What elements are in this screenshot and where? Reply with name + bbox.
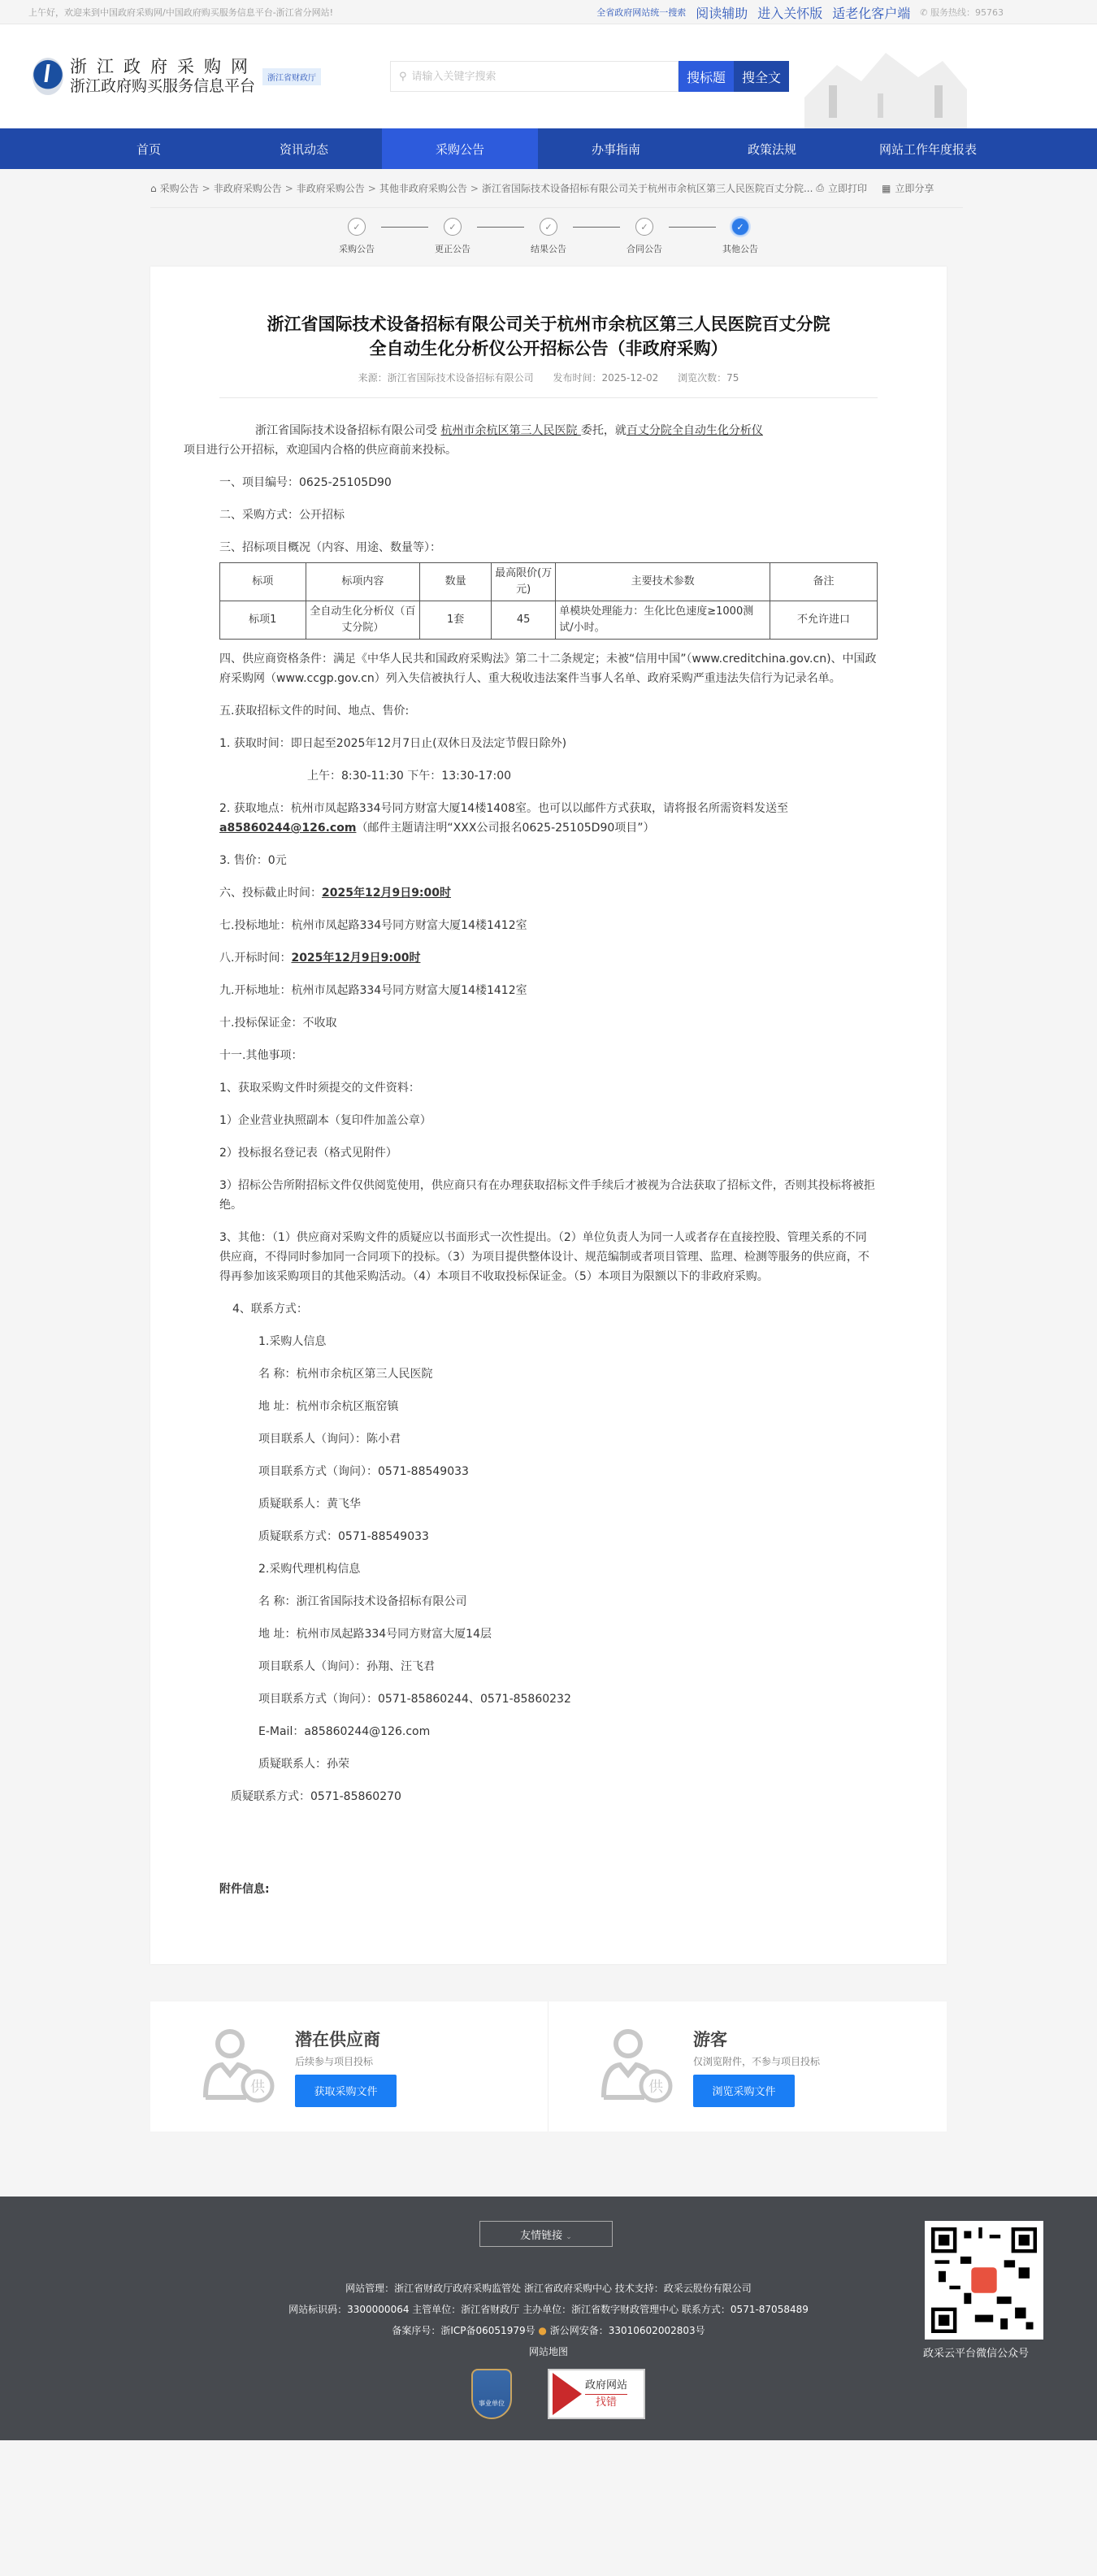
- nav-procurement-notices[interactable]: 采购公告: [382, 128, 538, 169]
- agency-contact: 2.采购代理机构信息 名 称：浙江省国际技术设备招标有限公司 地 址：杭州市凤起…: [219, 1559, 878, 1774]
- agency-email: E-Mail：a85860244@126.com: [258, 1722, 878, 1741]
- landscape-decoration-icon: [804, 49, 967, 128]
- step-label: 结果公告: [531, 242, 566, 255]
- step-label: 合同公告: [627, 242, 662, 255]
- breadcrumb-item[interactable]: 非政府采购公告: [297, 181, 365, 195]
- procurement-method: 二、采购方式：公开招标: [219, 505, 878, 525]
- search-bar: ⚲ 搜标题 搜全文: [390, 61, 789, 92]
- column-header: 数量: [420, 563, 492, 601]
- title-line-1: 浙江省国际技术设备招标有限公司关于杭州市余杭区第三人民医院百丈分院: [267, 314, 830, 334]
- bid-address: 七.投标地址：杭州市凤起路334号同方财富大厦14楼1412室: [219, 916, 878, 935]
- bid-opening-address: 九.开标地址：杭州市凤起路334号同方财富大厦14楼1412室: [219, 981, 878, 1000]
- role-panel: 供 潜在供应商 后续参与项目投标 获取采购文件 供 游客 仅浏览附件，不参与项目…: [150, 2001, 947, 2131]
- step-other-notice[interactable]: ✓其他公告: [716, 218, 765, 255]
- title-line-2: 全自动生化分析仪公开招标公告（非政府采购）: [370, 339, 728, 358]
- agency-address: 地 址：杭州市凤起路334号同方财富大厦14层: [258, 1624, 878, 1644]
- printer-icon: ⎙: [816, 182, 824, 194]
- purchaser-contact-phone: 项目联系方式（询问）：0571-88549033: [258, 1462, 878, 1481]
- table-cell: 45: [492, 601, 556, 640]
- reading-aid-link[interactable]: 阅读辅助: [696, 3, 748, 22]
- logo-title: 浙江政府采购网: [70, 57, 258, 76]
- logo-badge: 浙江省财政厅: [262, 68, 321, 85]
- text: 项目进行公开招标，欢迎国内合格的供应商前来投标。: [184, 440, 457, 460]
- nav-guide[interactable]: 办事指南: [538, 128, 694, 169]
- step-label: 采购公告: [339, 242, 375, 255]
- site-logo[interactable]: 浙江政府采购网 浙江政府购买服务信息平台 浙江省财政厅: [33, 57, 321, 96]
- print-button[interactable]: ⎙立即打印: [816, 181, 867, 195]
- logo-subtitle: 浙江政府购买服务信息平台: [70, 76, 258, 96]
- supplier-user-icon: 供: [197, 2026, 279, 2107]
- get-procurement-docs-button[interactable]: 获取采购文件: [295, 2075, 397, 2107]
- step-connector: [477, 227, 524, 228]
- column-header: 标项: [220, 563, 306, 601]
- agency-heading: 2.采购代理机构信息: [258, 1559, 878, 1579]
- search-input[interactable]: [412, 71, 656, 83]
- opening-time-value: 2025年12月9日9:00时: [291, 952, 420, 965]
- article-title: 浙江省国际技术设备招标有限公司关于杭州市余杭区第三人民医院百丈分院 全自动生化分…: [219, 312, 878, 361]
- role-visitor: 供 游客 仅浏览附件，不参与项目投标 浏览采购文件: [548, 2001, 947, 2131]
- public-institution-badge[interactable]: 事业单位: [471, 2369, 512, 2419]
- agency-contact-person: 项目联系人（询问）：孙翔、汪飞君: [258, 1657, 878, 1676]
- emblem-icon: [33, 58, 63, 95]
- required-docs: 1、获取采购文件时须提交的文件资料：: [219, 1078, 878, 1098]
- qr-label: 政采云平台微信公众号: [923, 2344, 1029, 2360]
- article-source: 来源：浙江省国际技术设备招标有限公司: [358, 372, 534, 384]
- email-link[interactable]: a85860244@126.com: [219, 822, 356, 835]
- check-icon: ✓: [348, 218, 366, 236]
- bid-docs-heading: 五.获取招标文件的时间、地点、售价:: [219, 701, 878, 721]
- article-views: 浏览次数：75: [678, 372, 739, 384]
- text: （邮件主题请注明“XXX公司报名0625-25105D90项目”）: [356, 822, 654, 835]
- step-result-notice[interactable]: ✓结果公告: [524, 218, 573, 255]
- purchaser-name: 杭州市余杭区第三人民医院: [440, 424, 580, 437]
- care-version-link[interactable]: 进入关怀版: [757, 3, 822, 22]
- nav-annual-report[interactable]: 网站工作年度报表: [850, 128, 1006, 169]
- nav-news[interactable]: 资讯动态: [226, 128, 382, 169]
- purchaser-complaint-person: 质疑联系人：黄飞华: [258, 1494, 878, 1514]
- hotline-text: 服务热线：95763: [930, 7, 1004, 18]
- article-meta: 来源：浙江省国际技术设备招标有限公司 发布时间：2025-12-02 浏览次数：…: [219, 371, 878, 398]
- table-cell: 不允许进口: [770, 601, 878, 640]
- sitemap-link[interactable]: 网站地图: [529, 2346, 568, 2357]
- home-icon[interactable]: ⌂: [150, 183, 157, 194]
- role-subtitle: 后续参与项目投标: [295, 2054, 397, 2068]
- table-header-row: 标项 标项内容 数量 最高限价(万元) 主要技术参数 备注: [220, 563, 878, 601]
- check-icon: ✓: [540, 218, 557, 236]
- role-potential-supplier: 供 潜在供应商 后续参与项目投标 获取采购文件: [150, 2001, 548, 2131]
- step-label: 更正公告: [435, 242, 470, 255]
- bid-docs-time: 1. 获取时间：即日起至2025年12月7日止(双休日及法定节假日除外): [219, 734, 878, 753]
- project-number: 一、项目编号：0625-25105D90: [219, 473, 878, 492]
- visitor-user-icon: 供: [596, 2026, 677, 2107]
- badge-bottom-label: 找错: [585, 2394, 627, 2411]
- table-cell: 标项1: [220, 601, 306, 640]
- article-body: 浙江省国际技术设备招标有限公司受 杭州市余杭区第三人民医院 委托，就百丈分院全自…: [219, 421, 878, 1899]
- step-contract-notice[interactable]: ✓合同公告: [620, 218, 669, 255]
- badge-top-label: 政府网站: [585, 2378, 627, 2394]
- purchaser-address: 地 址：杭州市余杭区瓶窑镇: [258, 1397, 878, 1416]
- svg-text:供: 供: [648, 2079, 664, 2096]
- nav-home[interactable]: 首页: [72, 128, 226, 169]
- bid-docs-price: 3. 售价：0元: [219, 851, 878, 870]
- gov-site-error-report-badge[interactable]: 政府网站 找错: [548, 2369, 645, 2419]
- label: 八.开标时间：: [219, 952, 291, 965]
- role-title: 游客: [693, 2027, 820, 2051]
- purchaser-name: 名 称：杭州市余杭区第三人民医院: [258, 1364, 878, 1384]
- project-name: 百丈分院全自动生化分析仪: [627, 424, 763, 437]
- check-icon: ✓: [635, 218, 653, 236]
- chevron-down-icon: ⌄: [566, 2233, 572, 2241]
- agency-complaint-phone: 质疑联系方式：0571-85860270: [219, 1787, 878, 1806]
- friend-links-dropdown[interactable]: 友情链接 ⌄: [479, 2221, 613, 2247]
- breadcrumb-item[interactable]: 采购公告: [160, 181, 199, 195]
- other-terms: 3、其他：（1）供应商对采购文件的质疑应以书面形式一次性提出。（2）单位负责人为…: [219, 1228, 878, 1286]
- items-table: 标项 标项内容 数量 最高限价(万元) 主要技术参数 备注 标项1 全自动生化分…: [219, 562, 878, 640]
- column-header: 主要技术参数: [556, 563, 770, 601]
- article-card: 浙江省国际技术设备招标有限公司关于杭州市余杭区第三人民医院百丈分院 全自动生化分…: [150, 267, 947, 1964]
- other-matters-heading: 十一.其他事项：: [219, 1046, 878, 1065]
- step-label: 其他公告: [722, 242, 758, 255]
- svg-text:供: 供: [250, 2079, 266, 2096]
- breadcrumb-item[interactable]: 其他非政府采购公告: [379, 181, 467, 195]
- role-title: 潜在供应商: [295, 2027, 397, 2051]
- wechat-qr-code-icon: [925, 2221, 1043, 2340]
- role-subtitle: 仅浏览附件，不参与项目投标: [693, 2054, 820, 2068]
- deadline-value: 2025年12月9日9:00时: [322, 887, 451, 900]
- magnifier-icon: [553, 2373, 582, 2415]
- search-title-button[interactable]: 搜标题: [679, 61, 734, 92]
- notice-steps: ✓采购公告 ✓更正公告 ✓结果公告 ✓合同公告 ✓其他公告: [0, 218, 1097, 267]
- required-doc-2: 2）投标报名登记表（格式见附件）: [219, 1143, 878, 1163]
- welcome-text: 上午好，欢迎来到中国政府采购网/中国政府购买服务信息平台-浙江省分网站!: [28, 6, 596, 19]
- hotline: ✆ 服务热线：95763: [920, 6, 1004, 19]
- breadcrumb-current: 浙江省国际技术设备招标有限公司关于杭州市余杭区第三人民医院百丈分院...: [482, 181, 813, 195]
- friend-links-label: 友情链接: [520, 2230, 562, 2242]
- bid-docs-hours: 上午：8:30-11:30 下午：13:30-17:00: [219, 766, 878, 786]
- agency-contact-phone: 项目联系方式（询问）：0571-85860244、0571-85860232: [258, 1689, 878, 1709]
- step-procurement-notice[interactable]: ✓采购公告: [332, 218, 381, 255]
- check-icon: ✓: [731, 218, 749, 236]
- text: 浙江省国际技术设备招标有限公司受: [255, 424, 440, 437]
- label: 六、投标截止时间：: [219, 887, 322, 900]
- breadcrumb: ⌂ 采购公告> 非政府采购公告> 非政府采购公告> 其他非政府采购公告> 浙江省…: [150, 169, 963, 208]
- browse-procurement-docs-button[interactable]: 浏览采购文件: [693, 2075, 795, 2107]
- elderly-client-link[interactable]: 适老化客户端: [832, 3, 910, 22]
- phone-icon: ✆: [920, 7, 927, 18]
- badge-label: 事业单位: [479, 2399, 505, 2408]
- site-header: 浙江政府采购网 浙江政府购买服务信息平台 浙江省财政厅 ⚲ 搜标题 搜全文: [0, 24, 1097, 128]
- text: 委托，就: [581, 424, 627, 437]
- bid-docs-location: 2. 获取地点：杭州市凤起路334号同方财富大厦14楼1408室。也可以以邮件方…: [219, 799, 878, 838]
- column-header: 最高限价(万元): [492, 563, 556, 601]
- step-correction-notice[interactable]: ✓更正公告: [428, 218, 477, 255]
- share-label: 立即分享: [895, 181, 934, 195]
- contact-heading: 4、联系方式：: [219, 1299, 878, 1319]
- article-publish-time: 发布时间：2025-12-02: [553, 372, 658, 384]
- main-nav: 首页 资讯动态 采购公告 办事指南 政策法规 网站工作年度报表: [0, 128, 1097, 169]
- check-icon: ✓: [444, 218, 462, 236]
- step-connector: [381, 227, 428, 228]
- nav-policies[interactable]: 政策法规: [694, 128, 850, 169]
- police-record-link[interactable]: 浙公网安备：33010602002803号: [550, 2325, 705, 2336]
- purchaser-contact-person: 项目联系人（询问）：陈小君: [258, 1429, 878, 1449]
- unified-search-link[interactable]: 全省政府网站统一搜索: [596, 6, 686, 19]
- required-doc-3: 3）招标公告所附招标文件仅供阅览使用，供应商只有在办理获取招标文件手续后才被视为…: [219, 1176, 878, 1215]
- text: 2. 获取地点：杭州市凤起路334号同方财富大厦14楼1408室。也可以以邮件方…: [219, 802, 788, 815]
- column-header: 备注: [770, 563, 878, 601]
- site-footer: 友情链接 ⌄ 网站管理：浙江省财政厅政府采购监管处 浙江省政府采购中心 技术支持…: [0, 2197, 1097, 2440]
- bid-deadline: 六、投标截止时间：2025年12月9日9:00时: [219, 883, 878, 903]
- table-row: 标项1 全自动生化分析仪（百丈分院） 1套 45 单模块处理能力：生化比色速度≥…: [220, 601, 878, 640]
- step-connector: [669, 227, 716, 228]
- print-label: 立即打印: [828, 181, 867, 195]
- breadcrumb-item[interactable]: 非政府采购公告: [214, 181, 282, 195]
- table-cell: 单模块处理能力：生化比色速度≥1000测试/小时。: [556, 601, 770, 640]
- purchaser-contact: 1.采购人信息 名 称：杭州市余杭区第三人民医院 地 址：杭州市余杭区瓶窑镇 项…: [219, 1332, 878, 1546]
- agency-complaint-person: 质疑联系人：孙荣: [258, 1754, 878, 1774]
- icp-link[interactable]: 备案序号：浙ICP备06051979号: [392, 2325, 535, 2336]
- column-header: 标项内容: [306, 563, 420, 601]
- agency-name: 名 称：浙江省国际技术设备招标有限公司: [258, 1592, 878, 1611]
- intro-paragraph: 浙江省国际技术设备招标有限公司受 杭州市余杭区第三人民医院 委托，就百丈分院全自…: [219, 421, 878, 460]
- search-icon: ⚲: [399, 71, 407, 83]
- project-overview-heading: 三、招标项目概况（内容、用途、数量等）：: [219, 538, 878, 557]
- share-button[interactable]: ▦立即分享: [882, 181, 934, 195]
- search-fulltext-button[interactable]: 搜全文: [734, 61, 789, 92]
- purchaser-complaint-phone: 质疑联系方式：0571-88549033: [258, 1527, 878, 1546]
- required-doc-1: 1）企业营业执照副本（复印件加盖公章）: [219, 1111, 878, 1130]
- purchaser-heading: 1.采购人信息: [258, 1332, 878, 1351]
- step-connector: [573, 227, 620, 228]
- attachments-label: 附件信息:: [219, 1880, 878, 1899]
- bid-deposit: 十.投标保证金：不收取: [219, 1013, 878, 1033]
- bid-opening-time: 八.开标时间：2025年12月9日9:00时: [219, 948, 878, 968]
- table-cell: 全自动生化分析仪（百丈分院）: [306, 601, 420, 640]
- top-bar: 上午好，欢迎来到中国政府采购网/中国政府购买服务信息平台-浙江省分网站! 全省政…: [0, 0, 1097, 24]
- qr-code-icon: ▦: [882, 183, 891, 194]
- supplier-qualification: 四、供应商资格条件：满足《中华人民共和国政府采购法》第二十二条规定；未被“信用中…: [219, 649, 878, 688]
- police-badge-icon: ●: [538, 2325, 546, 2336]
- table-cell: 1套: [420, 601, 492, 640]
